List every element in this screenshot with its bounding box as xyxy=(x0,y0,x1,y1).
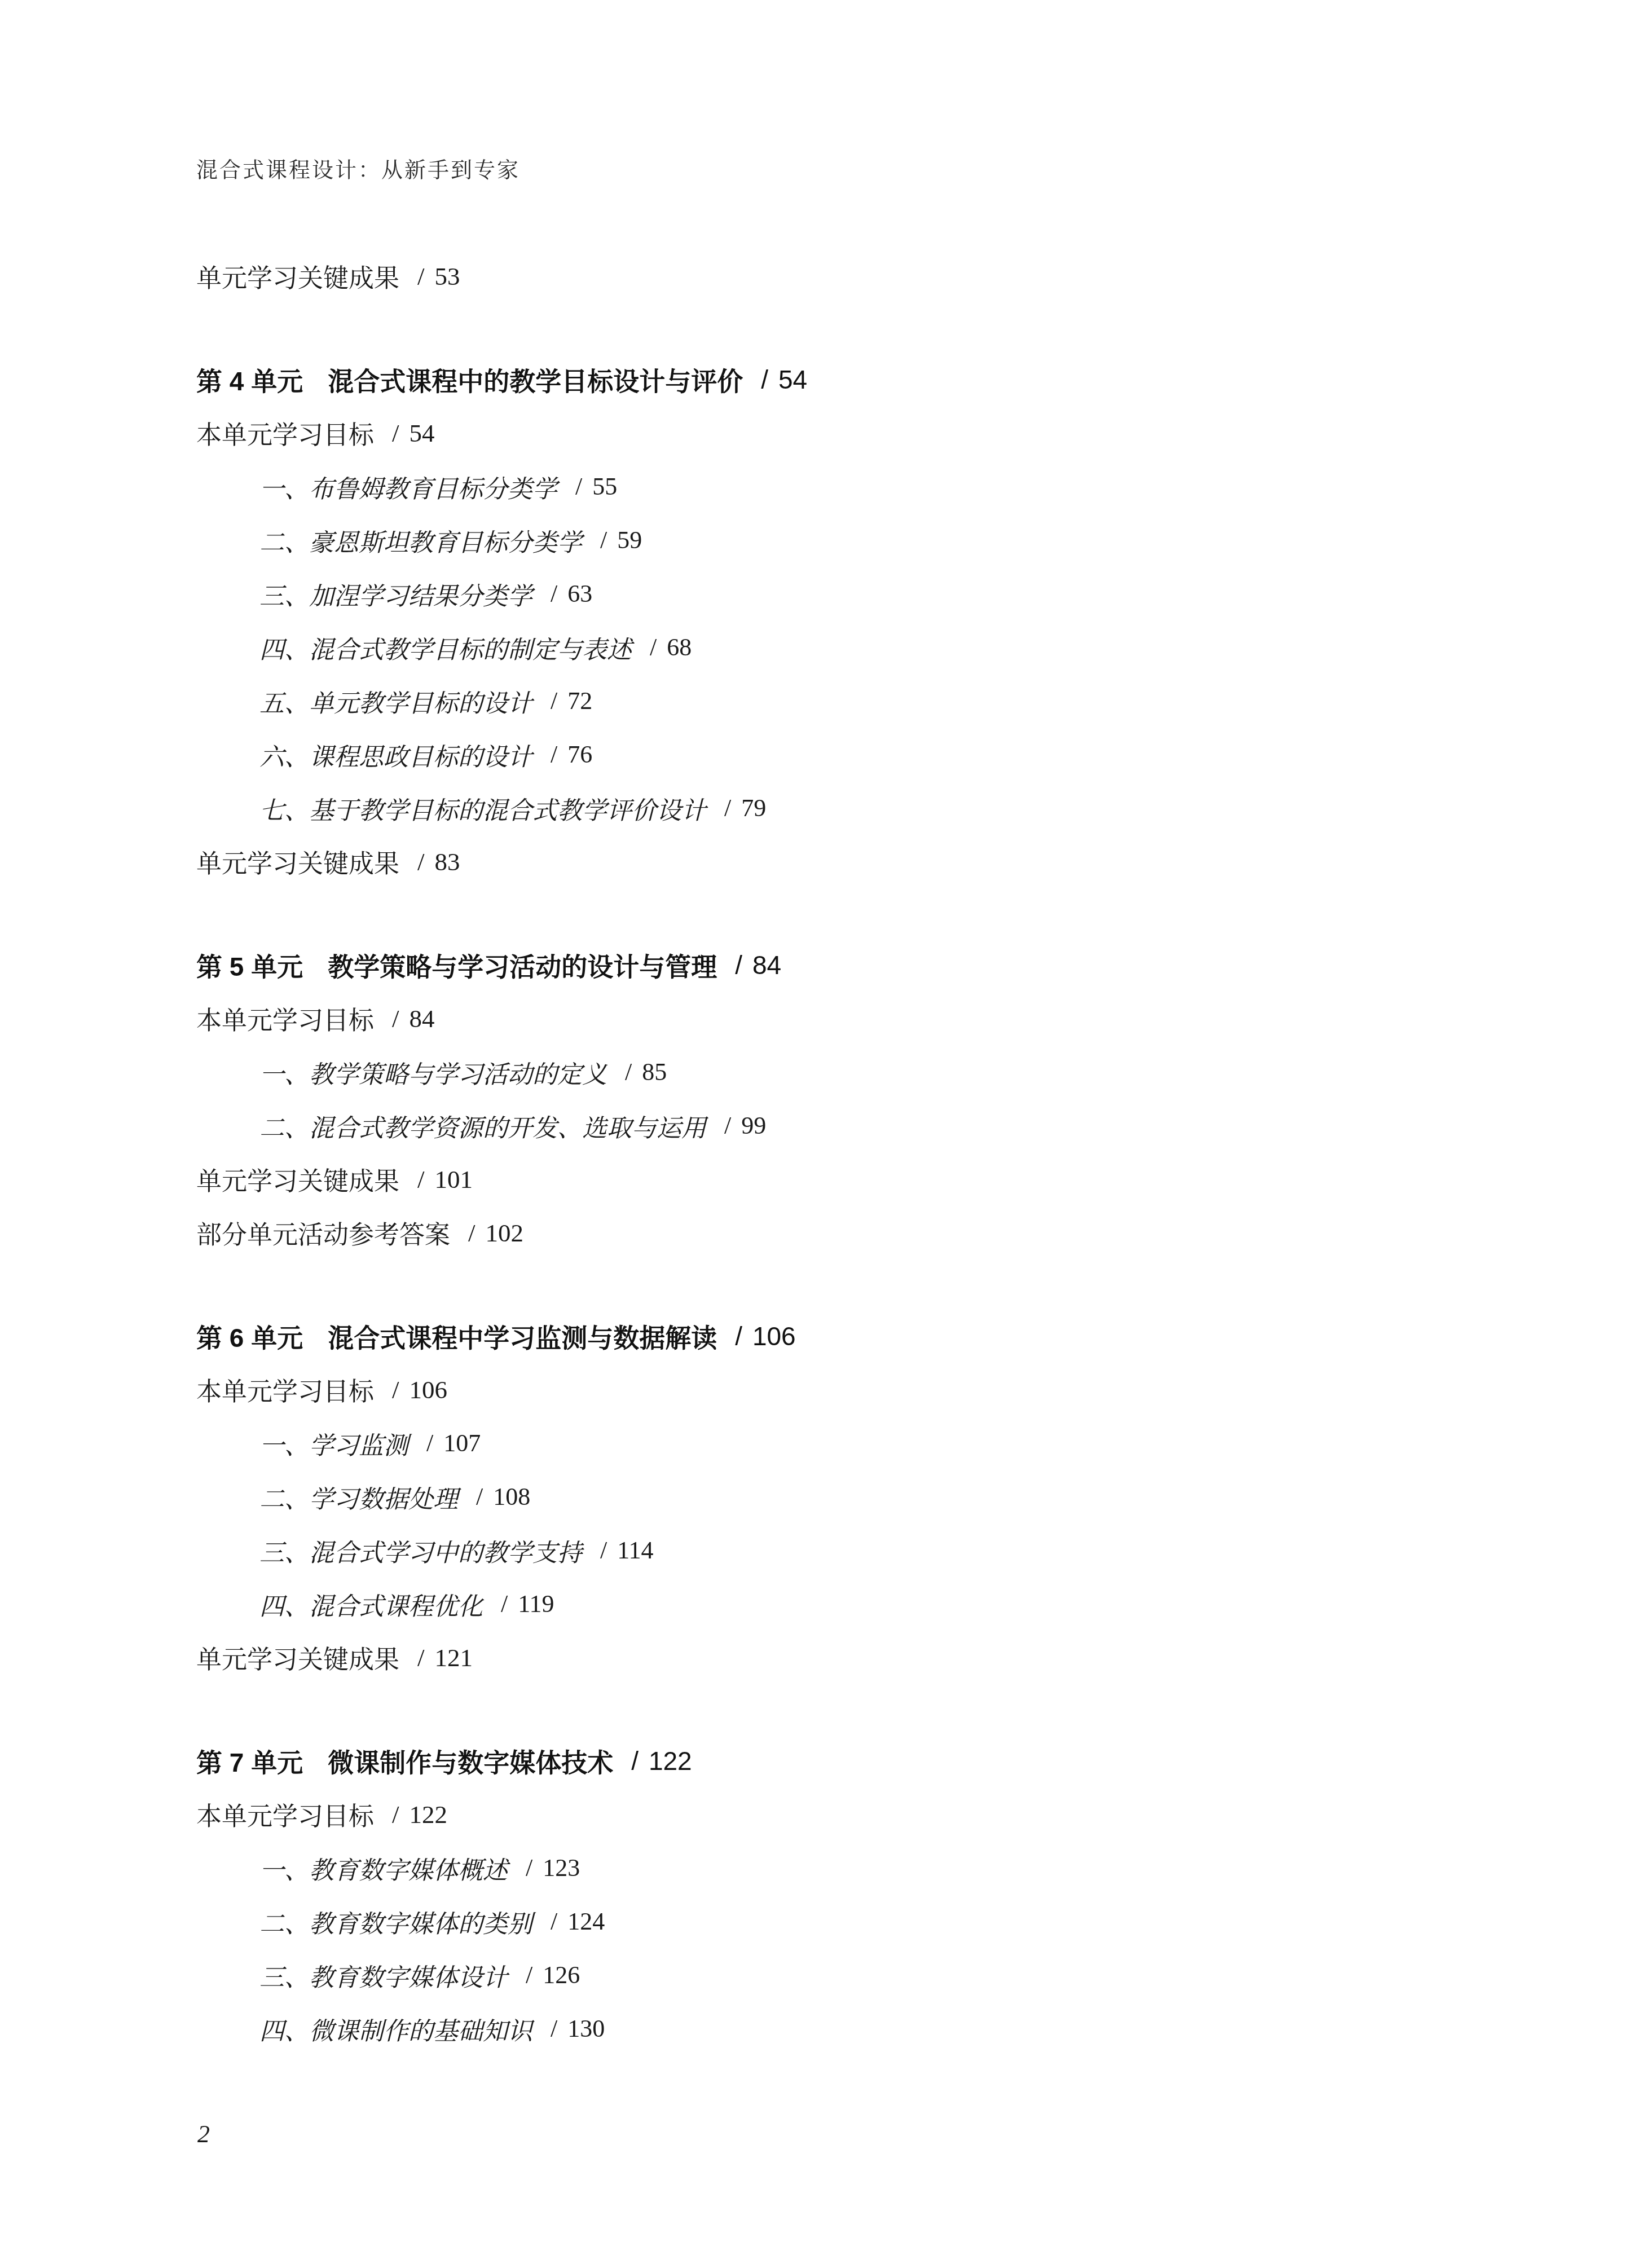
toc-entry-row: 三、加涅学习结果分类学 / 63 xyxy=(196,567,1505,620)
row-title: 一、教学策略与学习活动的定义 xyxy=(259,1054,607,1090)
page-number: 55 xyxy=(592,472,617,501)
row-title: 二、学习数据处理 xyxy=(259,1479,458,1515)
chapter-number: 第 5 单元 xyxy=(196,946,303,984)
separator: / xyxy=(392,1800,399,1829)
page-number: 124 xyxy=(567,1907,605,1936)
row-title: 本单元学习目标 xyxy=(196,1000,374,1037)
toc-entry-row: 六、课程思政目标的设计 / 76 xyxy=(196,728,1505,781)
row-title: 混合式课程中学习监测与数据解读 xyxy=(328,1318,717,1355)
toc-entry-row: 三、混合式学习中的教学支持 / 114 xyxy=(196,1523,1505,1577)
page-number: 122 xyxy=(410,1800,448,1829)
page-number: 76 xyxy=(567,740,592,769)
toc-chapter-row: 第 4 单元 混合式课程中的教学目标设计与评价 / 54 xyxy=(196,353,1505,406)
row-title: 一、学习监测 xyxy=(259,1425,408,1461)
toc-entry-row: 本单元学习目标 / 84 xyxy=(196,992,1505,1045)
toc-entry-row: 本单元学习目标 / 54 xyxy=(196,406,1505,460)
page-number: 107 xyxy=(443,1429,481,1457)
row-title: 二、教育数字媒体的类别 xyxy=(259,1904,532,1940)
page-number: 53 xyxy=(435,262,460,291)
page-number: 101 xyxy=(435,1165,473,1194)
toc-entry-row: 七、基于教学目标的混合式教学评价设计 / 79 xyxy=(196,781,1505,835)
page-number: 84 xyxy=(410,1004,435,1033)
running-header: 混合式课程设计：从新手到专家 xyxy=(196,152,520,183)
separator: / xyxy=(392,1004,399,1033)
toc-entry-row: 三、教育数字媒体设计 / 126 xyxy=(196,1948,1505,2002)
separator: / xyxy=(417,1643,425,1672)
separator: / xyxy=(551,686,557,715)
separator: / xyxy=(735,950,742,980)
row-title: 单元学习关键成果 xyxy=(196,258,399,294)
row-title: 单元学习关键成果 xyxy=(196,1161,399,1197)
page-number: 102 xyxy=(486,1218,524,1248)
separator: / xyxy=(392,1375,399,1404)
separator: / xyxy=(551,579,557,608)
page-number: 54 xyxy=(410,419,435,448)
page-number: 122 xyxy=(649,1746,692,1776)
page-number: 130 xyxy=(567,2014,605,2043)
toc-entry-row: 四、混合式课程优化 / 119 xyxy=(196,1577,1505,1631)
toc-chapter-row: 第 5 单元 教学策略与学习活动的设计与管理 / 84 xyxy=(196,938,1505,992)
separator: / xyxy=(600,1536,607,1565)
separator: / xyxy=(724,794,731,822)
separator: / xyxy=(551,2014,557,2043)
separator: / xyxy=(575,472,582,501)
page-number: 106 xyxy=(752,1321,796,1351)
page-number: 83 xyxy=(435,847,460,877)
page-number: 126 xyxy=(543,1961,580,1989)
row-title: 五、单元教学目标的设计 xyxy=(259,683,532,719)
row-title: 三、加涅学习结果分类学 xyxy=(259,576,532,612)
separator: / xyxy=(417,847,425,877)
toc-entry-row: 五、单元教学目标的设计 / 72 xyxy=(196,674,1505,728)
row-title: 六、课程思政目标的设计 xyxy=(259,737,532,773)
toc-entry-row: 一、布鲁姆教育目标分类学 / 55 xyxy=(196,460,1505,513)
toc-entry-row: 单元学习关键成果 / 83 xyxy=(196,835,1505,888)
page-number: 72 xyxy=(567,686,592,715)
page-number: 59 xyxy=(617,526,642,554)
separator: / xyxy=(650,633,657,662)
row-title: 部分单元活动参考答案 xyxy=(196,1214,450,1251)
page-number: 54 xyxy=(778,364,807,395)
separator: / xyxy=(417,1165,425,1194)
page-number: 121 xyxy=(435,1643,473,1672)
row-title: 单元学习关键成果 xyxy=(196,843,399,880)
row-title: 本单元学习目标 xyxy=(196,1371,374,1408)
toc-entry-row: 单元学习关键成果 / 53 xyxy=(196,249,1505,303)
toc-chapter-row: 第 7 单元 微课制作与数字媒体技术 / 122 xyxy=(196,1734,1505,1787)
separator: / xyxy=(551,1907,557,1936)
separator: / xyxy=(600,526,607,554)
page-number: 123 xyxy=(543,1853,580,1882)
page-number: 68 xyxy=(667,633,692,662)
book-toc-page: 混合式课程设计：从新手到专家 单元学习关键成果 / 53 第 4 单元 混合式课… xyxy=(0,0,1629,2268)
row-title: 一、教育数字媒体概述 xyxy=(259,1850,508,1886)
separator: / xyxy=(468,1218,476,1248)
row-title: 教学策略与学习活动的设计与管理 xyxy=(328,946,717,984)
page-number: 106 xyxy=(410,1375,448,1404)
chapter-number: 第 4 单元 xyxy=(196,361,303,398)
toc-entry-row: 单元学习关键成果 / 121 xyxy=(196,1631,1505,1684)
row-title: 二、混合式教学资源的开发、选取与运用 xyxy=(259,1108,706,1144)
row-title: 本单元学习目标 xyxy=(196,1796,374,1833)
toc-entry-row: 二、豪恩斯坦教育目标分类学 / 59 xyxy=(196,513,1505,567)
page-number: 108 xyxy=(493,1482,530,1511)
chapter-number: 第 6 单元 xyxy=(196,1318,303,1355)
folio-page-number: 2 xyxy=(197,2120,210,2148)
page-number: 119 xyxy=(518,1589,554,1618)
separator: / xyxy=(761,364,768,395)
row-title: 四、混合式教学目标的制定与表述 xyxy=(259,629,632,666)
row-title: 本单元学习目标 xyxy=(196,415,374,451)
separator: / xyxy=(735,1321,742,1351)
toc-entry-row: 二、混合式教学资源的开发、选取与运用 / 99 xyxy=(196,1099,1505,1152)
toc-entry-row: 部分单元活动参考答案 / 102 xyxy=(196,1206,1505,1259)
page-number: 114 xyxy=(617,1536,653,1565)
row-title: 三、教育数字媒体设计 xyxy=(259,1957,508,1993)
toc-entry-row: 一、学习监测 / 107 xyxy=(196,1416,1505,1470)
separator: / xyxy=(631,1746,639,1776)
separator: / xyxy=(551,740,557,769)
separator: / xyxy=(724,1111,731,1140)
toc-entry-row: 本单元学习目标 / 106 xyxy=(196,1363,1505,1416)
toc-entry-row: 本单元学习目标 / 122 xyxy=(196,1787,1505,1841)
row-title: 四、混合式课程优化 xyxy=(259,1586,483,1622)
toc-entry-row: 一、教育数字媒体概述 / 123 xyxy=(196,1841,1505,1895)
row-title: 七、基于教学目标的混合式教学评价设计 xyxy=(259,790,706,826)
row-title: 单元学习关键成果 xyxy=(196,1639,399,1676)
separator: / xyxy=(526,1853,532,1882)
row-title: 四、微课制作的基础知识 xyxy=(259,2011,532,2047)
separator: / xyxy=(501,1589,508,1618)
row-title: 混合式课程中的教学目标设计与评价 xyxy=(328,361,743,398)
toc-entry-row: 四、微课制作的基础知识 / 130 xyxy=(196,2002,1505,2055)
page-number: 99 xyxy=(741,1111,766,1140)
page-number: 79 xyxy=(741,794,766,822)
page-number: 84 xyxy=(752,950,781,980)
chapter-number: 第 7 单元 xyxy=(196,1742,303,1780)
row-title: 三、混合式学习中的教学支持 xyxy=(259,1532,582,1569)
toc-entry-row: 四、混合式教学目标的制定与表述 / 68 xyxy=(196,620,1505,674)
row-title: 微课制作与数字媒体技术 xyxy=(328,1742,613,1780)
toc-entry-row: 二、教育数字媒体的类别 / 124 xyxy=(196,1895,1505,1948)
separator: / xyxy=(526,1961,532,1989)
page-number: 85 xyxy=(642,1058,667,1086)
separator: / xyxy=(426,1429,433,1457)
separator: / xyxy=(392,419,399,448)
separator: / xyxy=(417,262,425,291)
row-title: 一、布鲁姆教育目标分类学 xyxy=(259,469,557,505)
separator: / xyxy=(625,1058,632,1086)
toc-entry-row: 一、教学策略与学习活动的定义 / 85 xyxy=(196,1045,1505,1099)
page-number: 63 xyxy=(567,579,592,608)
toc-entry-row: 单元学习关键成果 / 101 xyxy=(196,1152,1505,1206)
toc-entry-row: 二、学习数据处理 / 108 xyxy=(196,1470,1505,1523)
row-title: 二、豪恩斯坦教育目标分类学 xyxy=(259,522,582,558)
separator: / xyxy=(476,1482,483,1511)
toc-chapter-row: 第 6 单元 混合式课程中学习监测与数据解读 / 106 xyxy=(196,1309,1505,1363)
toc-list: 单元学习关键成果 / 53 第 4 单元 混合式课程中的教学目标设计与评价 / … xyxy=(196,249,1505,2055)
